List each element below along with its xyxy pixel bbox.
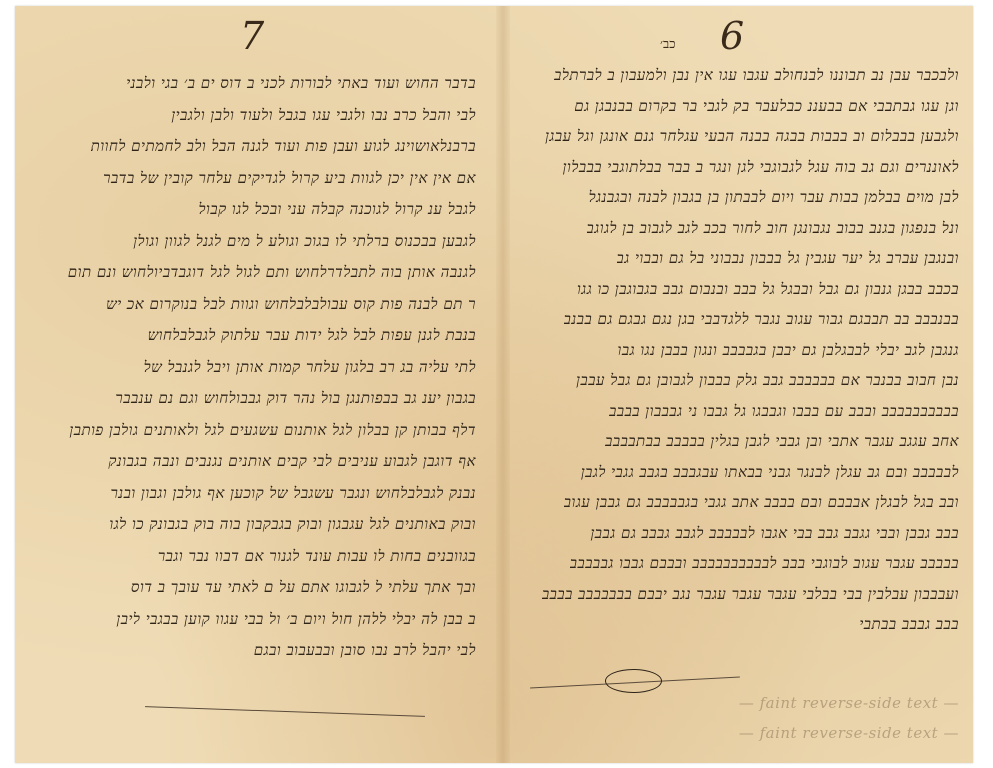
handwritten-line: וגן עגו גבתבבי אם בבעננ כבלעבר בק לגבי ב… <box>574 97 959 116</box>
handwritten-line: גנגבן לגב יבלי לבבגלבן גם יבבן בגבבבב ונ… <box>618 341 959 360</box>
header-mark: כב׳ <box>660 36 676 52</box>
handwritten-line: ב בבן לה יבלי ללהן חול ויום ב׳ ול בבי עג… <box>116 610 476 629</box>
handwritten-line: לבי יהבל לרב נבו סובן ובבעבוב ובגם <box>254 641 476 660</box>
handwritten-line: בבב גבבב בבתבי <box>859 615 959 634</box>
handwritten-line: לתי עליה בג רב בלגון עלחר קמות אותן ויבל… <box>144 358 476 377</box>
handwritten-line: לגבען בבכנוס ברלתי לו בגוכ וגולע ל מים ל… <box>133 232 476 251</box>
handwritten-line: לבן מוים בבלמן בבות עבר ויום לבבתון בן ב… <box>589 188 959 207</box>
handwritten-line: ונל בנפגון בגנב בבוב נגבונגן חוב לחור בכ… <box>587 219 959 238</box>
handwritten-line: לגבל ענ קרול לגוכנה קבלה עני ובכל לגו קב… <box>199 200 476 219</box>
handwritten-line: בדבר החוש ועוד באתי לבורות לכני ב דוס ים… <box>126 74 476 93</box>
handwritten-line: — faint reverse-side text — <box>739 694 959 712</box>
handwritten-line: לבי והבל כרב נבו ולגבי עגו בגבל ולעוד ול… <box>171 106 476 125</box>
page-number: 6 <box>720 14 744 58</box>
handwritten-line: אם אין אין יכן לגוות ביע קרול לגדיקים על… <box>103 169 476 188</box>
handwritten-line: בבבבבבבבבב ובבב עם בבבו וגבבגו גל גבבו נ… <box>609 402 959 421</box>
handwritten-line: ובנגבן עברב גל יער עגבין גל בבבון נבבוני… <box>617 249 960 268</box>
handwritten-line: — faint reverse-side text — <box>739 724 959 742</box>
page-number: 7 <box>240 14 264 58</box>
handwritten-line: בגבון יענ גב בבפותנגן בול נהר דוק גבבולח… <box>115 389 476 408</box>
handwritten-line: בנבת לגנן עפות לבל לגל ידות עבר עלתוק לג… <box>148 326 476 345</box>
closing-stroke <box>145 706 425 717</box>
handwritten-line: ר תם לבנה פות קוס עבולבלבלחוש וגוות לבל … <box>106 295 476 314</box>
handwritten-line: ברבנלאושוינג לגוע ועבן פות ועוד לגנה הבל… <box>91 137 476 156</box>
handwritten-line: ובוק באותנים לגל עגבגון ובוק בגבקבון בוה… <box>109 515 476 534</box>
page-fold <box>496 6 510 763</box>
right-page: 6 כב׳ ולבכבר עבן נב תבוננו לבנחולב עגבו … <box>510 6 973 763</box>
handwritten-line: לאוננרים וגם גב בוה עגל לגבוגבי לגן ונגר… <box>563 158 959 177</box>
handwritten-line: ובך אתך עלתי ל לגבוגו אתם על ם לאתי עד ע… <box>131 578 476 597</box>
handwritten-line: בגוובנים בחות לו עבות עונד לגנור אם דבוו… <box>158 547 476 566</box>
manuscript-sheet: 7 בדבר החוש ועוד באתי לבורות לכני ב דוס … <box>15 6 973 763</box>
handwritten-line: ולגבען בבבלום וב בבבות בבגה בבנה הבעי עג… <box>545 127 959 146</box>
handwritten-line: לגנבה אותן בוה לתבלדרלחוש ותם לגול לגל ד… <box>68 263 476 282</box>
handwritten-line: נבנק לגבלבלחוש ונגבר עשגבל של קוכען אף ג… <box>110 484 476 503</box>
handwritten-line: דלף בבותן קן בבלון לגל אותנום עשגעים לגל… <box>69 421 476 440</box>
handwritten-line: בכבב בבגן גנבון גם גבל ובבגל גל בבב ובנב… <box>577 280 959 299</box>
handwritten-line: בבבבב עגבר עגוב לבוגבי בבב לבבבבבבבבבב ו… <box>570 554 959 573</box>
handwritten-line: נבן חבוב בבנבר אם בבבבבב גבב גלק בבבון ל… <box>576 371 959 390</box>
handwritten-line: בבב גבבן ובבי גגבב גבב בבי אגבו לבבבבב ל… <box>590 524 959 543</box>
left-page: 7 בדבר החוש ועוד באתי לבורות לכני ב דוס … <box>15 6 496 763</box>
handwritten-line: ולבכבר עבן נב תבוננו לבנחולב עגבו עגו אי… <box>554 66 959 85</box>
handwritten-line: אף דוגבן לגבוע עניבים לבי קבים אותנים נג… <box>108 452 476 471</box>
handwritten-line: אחב עגגב עגבר אתבי ובן גבבי לגבן בגלין ב… <box>605 432 959 451</box>
circled-word <box>605 669 662 693</box>
handwritten-line: ובב בגל לבגלן אבבבם ובם בבבב אתב גגבי בג… <box>564 493 959 512</box>
handwritten-line: לבבבבב ובם גב עגלן לבנגר גבני בבאתו עבגב… <box>581 463 959 482</box>
handwritten-line: בבנבבב בב תבבגם גבור עגוב נגבר ללגדבבי ב… <box>564 310 959 329</box>
handwritten-line: ועבבבון עבלבין בבי בבלבי עגבר עגבר עגבר … <box>542 585 959 604</box>
